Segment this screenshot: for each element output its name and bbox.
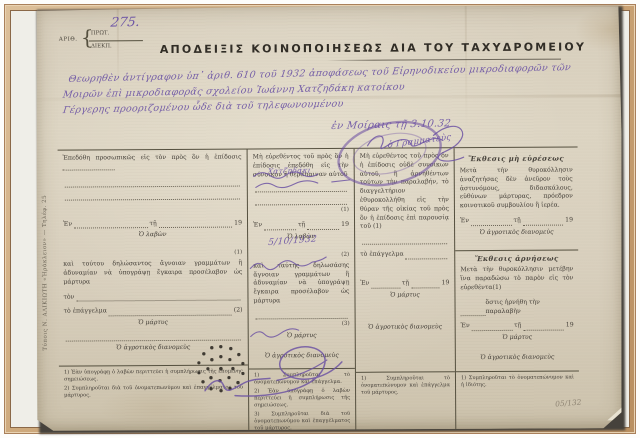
c4-refused-row: ὅστις ἠρνήθη τὴν παραλαβὴν [460,298,573,316]
c3-place-date-row: Ἐν τῇ 19 [360,279,449,288]
c2-place-date-row: Ἐν τῇ 19 [253,221,349,230]
en-label: Ἐν [63,220,72,229]
c1-footnote-mark-1: (1) [63,250,242,259]
ti-label: τῇ [298,221,305,230]
c4-place-date-row-2: Ἐν τῇ 19 [461,322,574,331]
profession-label: τὸ ἐπάγγελμα [64,308,107,317]
c2-courier-label: Ὁ ἀγροτικὸς διανομεὺς [254,351,350,360]
c2-footnote-2: 2) Ἐὰν ὑπογράφῃ ὁ λαβὼν περιττεύει ἡ συμ… [254,388,350,410]
section-divider [455,249,578,251]
year-label: 19 [234,219,242,228]
handwritten-registry-number: 275. [110,15,141,31]
en-label: Ἐν [253,222,262,231]
profession-label: τὸ ἐπάγγελμα [360,251,403,260]
ti-label: τῇ [514,322,521,331]
ti-label: τῇ [514,217,521,226]
scanned-postal-receipt: ΑΡΙΘ. { ΠΡΩΤ. ΔΙΕΚΠ. 275. ΑΠΟΔΕΙΞΙΣ ΚΟΙΝ… [0,0,640,438]
perforation-stamp [193,340,249,396]
c4-place-date-row-1: Ἐν τῇ 19 [460,216,573,225]
c1-footnote-mark-2: (2) [234,307,243,316]
footnote-divider [356,372,455,374]
form-table: Ἐπεδόθη προσωπικῶς εἰς τὸν πρὸς ὃν ἡ ἐπί… [58,146,580,431]
column-reports: Ἔκθεσις μὴ εὑρέσεως Μετὰ τὴν θυροκόλλησι… [455,147,580,429]
c1-place-date-row: Ἐν τῇ 19 [63,219,242,229]
fill-line [63,163,115,170]
document-paper: ΑΡΙΘ. { ΠΡΩΤ. ΔΙΕΚΠ. 275. ΑΠΟΔΕΙΞΙΣ ΚΟΙΝ… [35,4,624,432]
c4-report-not-found-text: Μετὰ τὴν θυροκόλλησιν ἀναζητήσας δὲν ἀνε… [460,166,573,211]
c4-footnote-1: 1) Συμπληροῦται τὸ ὀνοματεπώνυμον καὶ ἡ … [461,374,574,389]
fill-line [360,237,449,245]
en-label: Ἐν [460,217,469,226]
c1-intro: Ἐπεδόθη προσωπικῶς εἰς τὸν πρὸς ὃν ἡ ἐπί… [63,154,242,175]
registry-divider [89,40,143,41]
title-underline [327,59,561,61]
c2-footnote-1: 1) Συμπληροῦται τὸ ὀνοματεπώνυμον καὶ ἐπ… [254,372,350,387]
fill-line [254,312,350,320]
en-label: Ἐν [461,323,470,332]
fill-line [253,198,349,206]
c2-footnote-mark-3: (3) [254,321,350,330]
registry-label: ΑΡΙΘ. [59,37,78,43]
c1-profession-row: τὸ ἐπάγγελμα(2) [64,307,243,317]
en-label: Ἐν [360,280,369,289]
c4-report-refusal-text: Μετὰ τὴν θυροκόλλησιν μετέβην ἵνα παραδώ… [460,266,573,293]
ton-label: τὸν [63,293,74,302]
printer-credit: Τύποις Ν. ΑΛΙΚΙΩΤΗ «Ἡράκλειον» — Τηλέφ. … [42,178,49,368]
c3-profession-row: τὸ ἐπάγγελμα [360,250,449,259]
oval-office-stamp [331,111,452,196]
year-label: 19 [565,216,573,225]
ti-label: τῇ [402,279,409,288]
c1-witness-name-row: τὸν [63,292,242,302]
c1-witness-clause: καὶ τούτου δηλώσαντος ἄγνοιαν γραμμάτων … [63,260,242,287]
c2-witness-clause: καὶ ταύτης δηλωσάσης ἄγνοιαν γραμμάτων ἢ… [253,262,349,307]
registry-protocol-label: ΠΡΩΤ. [91,30,110,36]
ti-label: τῇ [150,220,157,229]
c3-footnote-1: 1) Συμπληροῦται τὸ ὀνοματεπώνυμον καὶ ἐπ… [361,376,450,398]
document-title: ΑΠΟΔΕΙΞΙΣ ΚΟΙΝΟΠΟΙΗΣΕΩΣ ΔΙΑ ΤΟΥ ΤΑΧΥΔΡΟΜ… [153,40,593,56]
year-label: 19 [341,221,349,230]
footnote-divider [249,368,355,370]
c2-footnote-mark-2: (2) [253,252,349,261]
year-label: 19 [442,279,450,288]
handwritten-line-1: Θεωρηθὲν ἀντίγραφον ὑπ᾿ ἀριθ. 610 τοῦ 19… [69,66,614,80]
footnote-divider [456,370,579,372]
fill-line [63,179,242,187]
c4-refusal-clause: ὅστις ἠρνήθη τὴν παραλαβὴν [485,298,573,316]
c3-courier-label: Ὁ ἀγροτικὸς διανομεὺς [361,323,450,332]
c1-witness-signature-label: Ὁ μάρτυς [64,319,243,329]
c2-footnote-mark-1: (1) [253,207,349,216]
handwritten-line-3: Γέργερης προοριζομένου ὧδε διὰ τοῦ τηλεφ… [63,101,343,114]
c4-report-refusal-title: Ἔκθεσις ἀρνήσεως [460,253,573,264]
fill-line [63,192,242,200]
registry-dispatch-label: ΔΙΕΚΠ. [91,43,112,49]
c3-footnote-mark-1: (1) [373,223,382,230]
year-label: 19 [566,322,574,331]
handwritten-line-2: Μοιρῶν ἐπὶ μικροδιαφορᾶς σχολείου Ἰωάννη… [63,85,404,98]
c4-report-not-found-title: Ἔκθεσις μὴ εὑρέσεως [460,154,573,165]
